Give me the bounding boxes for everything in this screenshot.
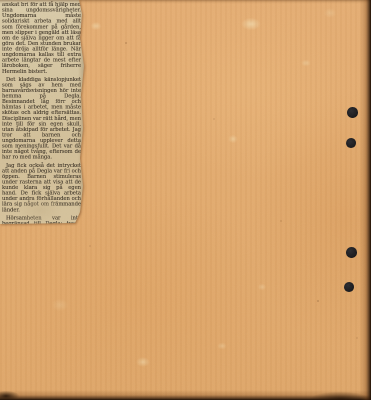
clipping-paragraph: Jag fick också det intrycket att anden p… [2,163,81,213]
clipping-paragraph: anskat bri för att få hjälp med sina ung… [2,2,81,74]
newspaper-clipping: anskat bri för att få hjälp med sina ung… [0,0,86,224]
clipping-paragraph: Hörsamheten var inte begränsad till Degl… [2,215,81,232]
ink-dot [346,138,356,148]
clipping-paragraph: Det kladdiga känslopjunket som sägs av h… [2,77,81,160]
clipping-paper: anskat bri för att få hjälp med sina ung… [0,0,86,224]
scrapbook-page: anskat bri för att få hjälp med sina ung… [0,0,371,400]
ink-dot [344,282,354,292]
ink-dot [347,107,358,118]
ink-dot [346,247,357,258]
clipping-byline: HELMER JOHNSSON [2,235,81,240]
clipping-text-column: anskat bri för att få hjälp med sina ung… [2,2,81,239]
